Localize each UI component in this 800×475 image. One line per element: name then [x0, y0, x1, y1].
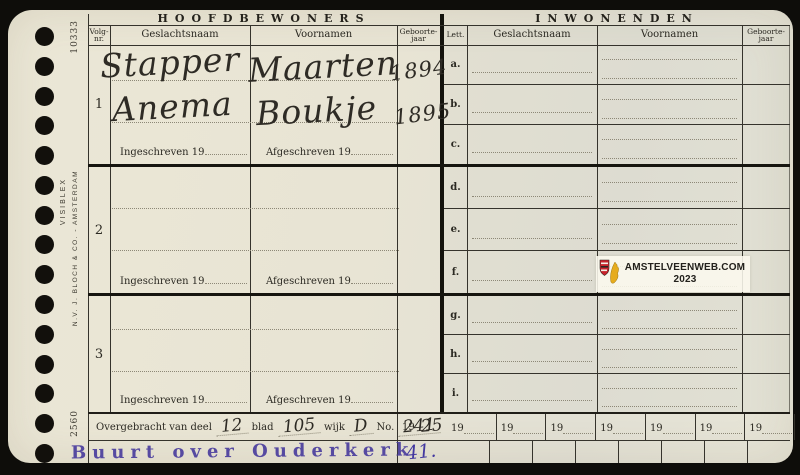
- handwritten-firstname-1: Maarten: [247, 46, 398, 87]
- writing-line: [602, 367, 737, 368]
- writing-line: [472, 400, 592, 401]
- row-letter: f.: [444, 251, 467, 293]
- population-register-scan: 10333 VISIBLEX N.V. J. BLOCH & CO. - AMS…: [0, 0, 800, 475]
- inwonenden-row: g.: [444, 296, 790, 335]
- writing-line: [472, 112, 592, 113]
- writing-line: [602, 78, 737, 79]
- watermark-label: AMSTELVEENWEB.COM 2023: [596, 256, 750, 292]
- inwonenden-row: c.: [444, 125, 790, 164]
- handwritten-deel: 12: [215, 418, 248, 436]
- ingeschreven-label: Ingeschreven 19: [120, 275, 247, 287]
- row-letter: i.: [444, 374, 467, 412]
- punch-hole: [35, 295, 54, 314]
- writing-line: [602, 59, 737, 60]
- writing-line: [602, 201, 737, 202]
- punch-hole: [35, 87, 54, 106]
- writing-line: [472, 72, 592, 73]
- year-cell: 19: [645, 414, 695, 440]
- binder-holes: [35, 27, 54, 463]
- punch-hole: [35, 325, 54, 344]
- no-label: No.: [377, 422, 395, 433]
- col-header-voornamen-right: Voornamen: [597, 25, 742, 45]
- year-cell: 19: [447, 414, 496, 440]
- col-header-geslachtsnaam-right: Geslachtsnaam: [467, 25, 597, 45]
- punch-hole: [35, 414, 54, 433]
- col-header-lett: Lett.: [444, 25, 467, 45]
- writing-line: [602, 388, 737, 389]
- punch-hole: [35, 146, 54, 165]
- printer-company-name: N.V. J. BLOCH & CO. - AMSTERDAM: [72, 170, 79, 326]
- row-letter: d.: [444, 167, 467, 208]
- writing-line: [112, 371, 399, 372]
- hoofdbewoners-title: HOOFDBEWONERS: [88, 13, 440, 25]
- punch-hole: [35, 355, 54, 374]
- ingeschreven-label: Ingeschreven 19: [120, 394, 247, 406]
- col-header-volgnr: Volg- nr.: [88, 25, 110, 45]
- punch-hole: [35, 384, 54, 403]
- coat-of-arms-icon: [599, 258, 621, 290]
- block-body: Ingeschreven 19 Afgeschreven 19: [110, 167, 440, 293]
- overgebracht-row: Overgebracht van deel 12 blad 105 wijk D…: [88, 414, 790, 440]
- handwritten-stamp-number: 41.: [405, 439, 437, 464]
- watermark-year: 2023: [673, 274, 696, 286]
- writing-line: [602, 328, 737, 329]
- row-letter: h.: [444, 335, 467, 373]
- year-cell: 19: [695, 414, 745, 440]
- wijk-label: wijk: [324, 422, 345, 433]
- afgeschreven-label: Afgeschreven 19: [266, 146, 393, 158]
- year-cell: 19: [545, 414, 595, 440]
- writing-line: [472, 322, 592, 323]
- form-serial-top: 10333: [70, 20, 80, 54]
- writing-line: [602, 139, 737, 140]
- registration-row: Ingeschreven 19 Afgeschreven 19: [110, 275, 440, 287]
- year-cell: 19: [744, 414, 794, 440]
- afgeschreven-label: Afgeschreven 19: [266, 275, 393, 287]
- inwonenden-row: i.: [444, 374, 790, 412]
- inwonenden-row: h.: [444, 335, 790, 374]
- writing-line: [602, 99, 737, 100]
- inwonenden-row: d.: [444, 167, 790, 209]
- row-letter: a.: [444, 45, 467, 84]
- row-letter: e.: [444, 209, 467, 250]
- handwritten-wijk: D: [348, 418, 373, 435]
- punch-hole: [35, 57, 54, 76]
- row-letter: c.: [444, 125, 467, 164]
- form-serial-bottom: 2560: [70, 410, 80, 437]
- col-header-voornamen-left: Voornamen: [250, 25, 397, 45]
- punch-hole: [35, 27, 54, 46]
- writing-line: [472, 196, 592, 197]
- punch-hole: [35, 235, 54, 254]
- year-cell: 19: [794, 414, 800, 440]
- writing-line: [112, 250, 399, 251]
- resident-block-2: 2 Ingeschreven 19 Afgeschreven 19: [88, 167, 440, 293]
- year-cells: 19 19 19 19 19 19 19 19: [447, 414, 800, 440]
- registration-row: Ingeschreven 19 Afgeschreven 19: [110, 146, 440, 158]
- handwritten-year: 25: [415, 419, 448, 436]
- writing-line: [602, 243, 737, 244]
- writing-line: [602, 349, 737, 350]
- stamp-row: Buurt over Ouderkerk 41.: [88, 440, 790, 463]
- inwonenden-title: INWONENDEN: [444, 13, 790, 25]
- punch-hole: [35, 444, 54, 463]
- col-header-geboortejaar-right: Geboorte- jaar: [742, 25, 790, 45]
- punch-hole: [35, 265, 54, 284]
- year-cell: 19: [496, 414, 546, 440]
- writing-line: [472, 238, 592, 239]
- inwonenden-row: a.: [444, 45, 790, 85]
- block-number: 3: [88, 296, 110, 412]
- registration-row: Ingeschreven 19 Afgeschreven 19: [110, 394, 440, 406]
- register-card: 10333 VISIBLEX N.V. J. BLOCH & CO. - AMS…: [8, 10, 793, 463]
- inwonenden-row: e.: [444, 209, 790, 251]
- writing-line: [602, 182, 737, 183]
- inwonenden-row: b.: [444, 85, 790, 125]
- blad-label: blad: [252, 422, 274, 433]
- writing-line: [602, 224, 737, 225]
- writing-line: [602, 158, 737, 159]
- row-letter: b.: [444, 85, 467, 124]
- punch-hole: [35, 206, 54, 225]
- handwritten-blad: 105: [277, 418, 321, 437]
- afgeschreven-label: Afgeschreven 19: [266, 394, 393, 406]
- handwritten-surname-2: Anema: [111, 87, 233, 126]
- writing-line: [472, 361, 592, 362]
- writing-line: [472, 152, 592, 153]
- row-letter: g.: [444, 296, 467, 334]
- handwritten-firstname-2: Boukje: [255, 91, 378, 130]
- district-stamp: Buurt over Ouderkerk: [71, 440, 414, 464]
- printer-brand-name: VISIBLEX: [60, 178, 67, 225]
- writing-line: [602, 310, 737, 311]
- block-number: 2: [88, 167, 110, 293]
- writing-line: [112, 208, 399, 209]
- block-body: Ingeschreven 19 Afgeschreven 19: [110, 296, 440, 412]
- punch-hole: [35, 176, 54, 195]
- watermark-site: AMSTELVEENWEB.COM: [625, 262, 745, 274]
- writing-line: [602, 118, 737, 119]
- ingeschreven-label: Ingeschreven 19: [120, 146, 247, 158]
- overgebracht-cell: Overgebracht van deel 12 blad 105 wijk D…: [88, 414, 398, 440]
- writing-line: [472, 280, 592, 281]
- resident-block-3: 3 Ingeschreven 19 Afgeschreven 19: [88, 296, 440, 412]
- overgebracht-label: Overgebracht van deel: [96, 422, 212, 433]
- writing-line: [602, 406, 737, 407]
- punch-hole: [35, 116, 54, 135]
- writing-line: [112, 329, 399, 330]
- handwritten-surname-1: Stapper: [99, 42, 241, 82]
- col-header-geboortejaar-left: Geboorte- jaar: [397, 25, 440, 45]
- year-cell: 19: [595, 414, 645, 440]
